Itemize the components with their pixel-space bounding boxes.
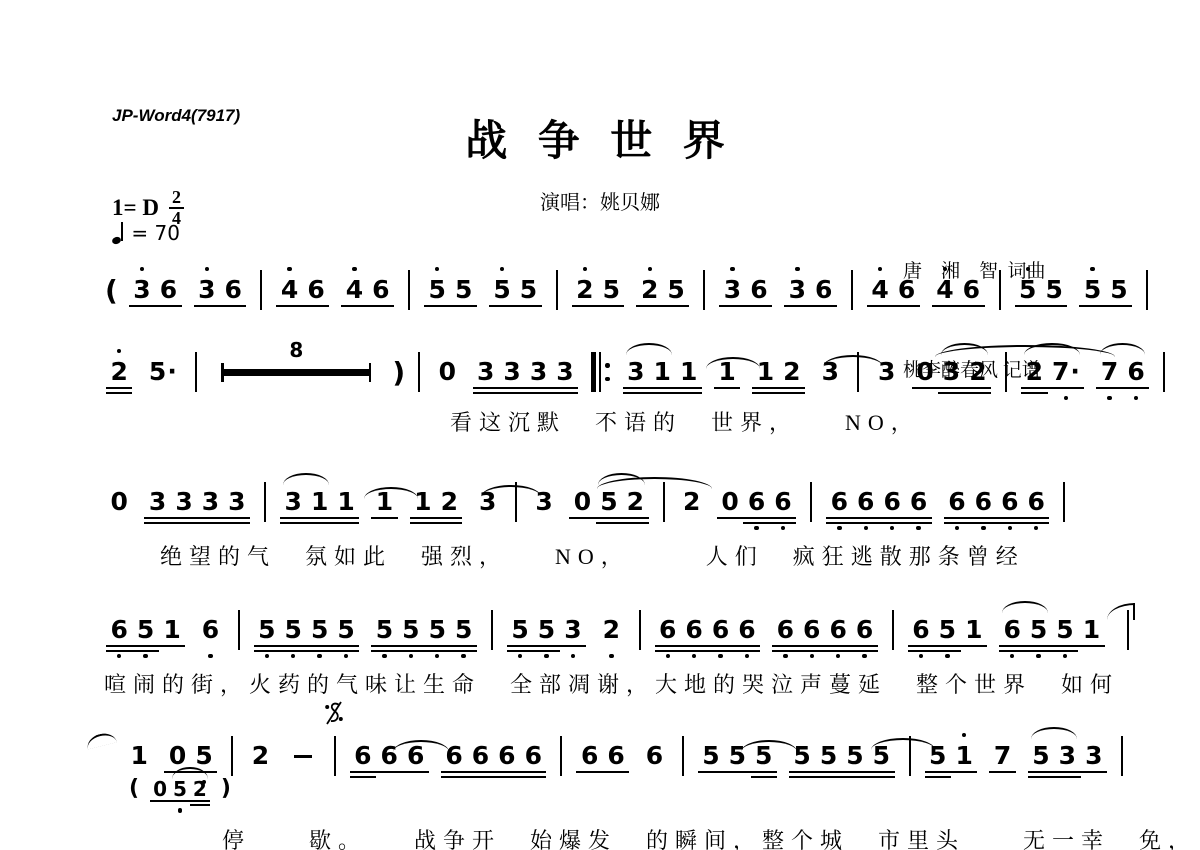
- beam-line: [520, 771, 546, 773]
- beam-line: [1025, 650, 1051, 652]
- barline: [1005, 352, 1007, 392]
- note: 6: [603, 740, 629, 772]
- beam-line: [171, 517, 197, 519]
- note-group: 311: [280, 486, 359, 518]
- beam-line: [779, 387, 805, 389]
- octave-dot-below: [461, 654, 465, 658]
- barline: [408, 270, 410, 310]
- beam-line: [743, 522, 769, 524]
- octave-dot-above: [500, 267, 504, 271]
- beam-line: [934, 645, 960, 647]
- beam-line: [552, 392, 578, 394]
- note-group: 55: [1079, 274, 1132, 306]
- note-value: 5: [820, 741, 837, 770]
- beam-line: [436, 517, 462, 519]
- note: 5: [533, 614, 559, 646]
- octave-dot-below: [143, 654, 147, 658]
- note-value: 6: [774, 487, 791, 516]
- beam-line: [254, 645, 280, 647]
- note: 3: [873, 356, 899, 388]
- beam-line: [965, 387, 991, 389]
- note: 5: [1028, 740, 1054, 772]
- beam-line: [106, 650, 132, 652]
- beam-line: [1015, 305, 1041, 307]
- beam-line: [398, 650, 424, 652]
- note: 1: [752, 356, 778, 388]
- beam-line: [770, 517, 796, 519]
- beam-line: [220, 305, 246, 307]
- note-group: 55: [424, 274, 477, 306]
- note: 1: [951, 740, 977, 772]
- beam-line: [280, 650, 306, 652]
- note-value: 6: [803, 615, 820, 644]
- note: 6: [441, 740, 467, 772]
- note: 1: [410, 486, 436, 518]
- beam-line: [772, 645, 798, 647]
- beam-line: [842, 776, 868, 778]
- beam-line: [751, 776, 777, 778]
- note: 6: [655, 614, 681, 646]
- beam-line: [770, 522, 796, 524]
- note-value: 6: [1001, 487, 1018, 516]
- note: 5: [515, 274, 541, 306]
- beam-line: [129, 305, 155, 307]
- note-value: 5: [929, 741, 946, 770]
- beam-line: [853, 522, 879, 524]
- note-value: 6: [831, 487, 848, 516]
- beam-line: [276, 305, 302, 307]
- beam-line: [450, 650, 476, 652]
- note: 2: [965, 356, 991, 388]
- beam-line: [853, 517, 879, 519]
- note-value: 1: [311, 487, 328, 516]
- note-value: 5: [1056, 615, 1073, 644]
- beam-line: [450, 645, 476, 647]
- note-value: 5: [702, 741, 719, 770]
- note: 3: [784, 274, 810, 306]
- note-group: 46: [276, 274, 329, 306]
- note: 6: [681, 614, 707, 646]
- notes-row: 0333331111233052206666666666: [100, 480, 1105, 524]
- note: 1: [126, 740, 152, 772]
- beam-line: [424, 305, 450, 307]
- note-value: 1: [757, 357, 774, 386]
- beam-line: [734, 645, 760, 647]
- beam-line: [596, 522, 622, 524]
- beam-line: [772, 650, 798, 652]
- note: 6: [970, 486, 996, 518]
- note: 3: [280, 486, 306, 518]
- note-value: 7: [1101, 357, 1118, 386]
- note-value: 5: [1032, 741, 1049, 770]
- beam-line: [333, 517, 359, 519]
- note-value: 3: [202, 487, 219, 516]
- note: 3: [473, 356, 499, 388]
- note-value: 5: [1084, 275, 1101, 304]
- note-value: 4: [871, 275, 888, 304]
- note-group: 25: [572, 274, 625, 306]
- beam-line: [1054, 776, 1080, 778]
- note-value: 2: [627, 487, 644, 516]
- beam-line: [622, 517, 648, 519]
- beam-line: [576, 771, 602, 773]
- note-value: 6: [160, 275, 177, 304]
- octave-dot-above: [962, 733, 966, 737]
- beam-line: [520, 776, 546, 778]
- beam-line: [989, 771, 1015, 773]
- note: 0: [150, 777, 170, 801]
- beam-line: [1041, 305, 1067, 307]
- beam-line: [303, 305, 329, 307]
- note: 4: [932, 274, 958, 306]
- lyrics-line: 喧闹的街，火药的气味让生命 全部凋谢，大地的哭泣声蔓延 整个世界 如何: [100, 668, 1105, 699]
- score-line: 25·8)033333111123303227·76看这沉默 不语的 世界， N…: [100, 350, 1105, 437]
- beam-line: [789, 771, 815, 773]
- octave-dot-below: [754, 526, 758, 530]
- octave-dot-below: [862, 654, 866, 658]
- octave-dot-above: [583, 267, 587, 271]
- multimeasure-rest-bar: [221, 369, 371, 376]
- note-value: 5: [793, 741, 810, 770]
- note-group: 76: [1096, 356, 1149, 388]
- tie-arc: [1107, 603, 1135, 620]
- barline: [560, 736, 562, 776]
- octave-dot-above: [287, 267, 291, 271]
- note: 5: [1025, 614, 1051, 646]
- note: 3: [1054, 740, 1080, 772]
- barline: [556, 270, 558, 310]
- beam-line: [1048, 387, 1085, 389]
- note-group: 46: [867, 274, 920, 306]
- beam-line: [649, 387, 675, 389]
- beam-line: [751, 771, 777, 773]
- note-value: 2: [641, 275, 658, 304]
- octave-dot-above: [205, 267, 209, 271]
- note: 1: [333, 486, 359, 518]
- barline: [238, 610, 240, 650]
- beam-line: [424, 650, 450, 652]
- note-value: 2: [441, 487, 458, 516]
- note: 3: [623, 356, 649, 388]
- beam-line: [1023, 517, 1049, 519]
- note-value: 2: [603, 615, 620, 644]
- lyrics-line: 看这沉默 不语的 世界， NO，: [100, 406, 1105, 437]
- beam-line: [603, 771, 629, 773]
- octave-dot-below: [382, 654, 386, 658]
- beam-line: [717, 517, 743, 519]
- note-value: 5: [1045, 275, 1062, 304]
- note-group: 066: [717, 486, 796, 518]
- beam-line: [1106, 305, 1132, 307]
- beam-line: [815, 776, 841, 778]
- note-value: 5: [603, 275, 620, 304]
- beam-line: [698, 771, 724, 773]
- lyrics-line: 停 歇。 战争开 始爆发 的瞬间，整个城 市里头 无一幸 免，: [100, 824, 1105, 850]
- note: 0: [912, 356, 938, 388]
- barline: [491, 610, 493, 650]
- beam-line: [306, 522, 332, 524]
- beam-line: [224, 522, 250, 524]
- note-group: 46: [932, 274, 985, 306]
- note-value: 5: [337, 615, 354, 644]
- note: 5: [1106, 274, 1132, 306]
- barline: [334, 736, 336, 776]
- beam-line: [159, 645, 185, 647]
- beam-line: [675, 387, 701, 389]
- note: 5: [424, 274, 450, 306]
- note-value: 0: [916, 357, 933, 386]
- note-value: 6: [1127, 357, 1144, 386]
- note-value: 3: [198, 275, 215, 304]
- note-value: 6: [607, 741, 624, 770]
- beam-line: [144, 517, 170, 519]
- beam-line: [552, 387, 578, 389]
- note: 1: [675, 356, 701, 388]
- beam-line: [970, 517, 996, 519]
- parenthesis: (: [105, 274, 118, 307]
- beam-line: [306, 517, 332, 519]
- note: 0: [106, 486, 132, 518]
- slur-arc: [626, 343, 672, 355]
- beam-line: [144, 522, 170, 524]
- beam-line: [402, 771, 428, 773]
- note-value: 3: [943, 357, 960, 386]
- parenthesis: ): [221, 776, 231, 801]
- note-group: 25: [636, 274, 689, 306]
- note: 5: [489, 274, 515, 306]
- octave-dot-below: [544, 654, 548, 658]
- note: 2: [679, 486, 705, 518]
- beam-line: [1052, 645, 1078, 647]
- barline: [892, 610, 894, 650]
- note-group: 032: [912, 356, 991, 388]
- beam-line: [622, 522, 648, 524]
- beam-line: [410, 517, 436, 519]
- beam-line: [410, 522, 436, 524]
- note-value: 6: [659, 615, 676, 644]
- beam-line: [197, 522, 223, 524]
- beam-line: [825, 645, 851, 647]
- note-value: 6: [898, 275, 915, 304]
- note-value: 3: [789, 275, 806, 304]
- score-line: 6516555555555532666666666516551喧闹的街，火药的气…: [100, 608, 1105, 699]
- note: 5: [254, 614, 280, 646]
- note: 1: [306, 486, 332, 518]
- note: 1: [961, 614, 987, 646]
- note: 2: [436, 486, 462, 518]
- note-group: 5·: [144, 356, 181, 388]
- beam-line: [938, 387, 964, 389]
- note-value: 6: [202, 615, 219, 644]
- note: 6: [576, 740, 602, 772]
- note: 4: [276, 274, 302, 306]
- beam-line: [106, 392, 132, 394]
- note-group: 5555: [371, 614, 477, 646]
- octave-dot-below: [178, 808, 182, 812]
- note: 3: [552, 356, 578, 388]
- note: 3: [531, 486, 557, 518]
- note: 6: [220, 274, 246, 306]
- note: 6: [707, 614, 733, 646]
- beam-line: [784, 305, 810, 307]
- note-value: 0: [153, 777, 167, 801]
- beam-line: [106, 645, 132, 647]
- octave-dot-below: [1063, 654, 1067, 658]
- note-group: 55: [1015, 274, 1068, 306]
- beam-line: [681, 650, 707, 652]
- note-value: 2: [969, 357, 986, 386]
- beam-line: [719, 305, 745, 307]
- note-value: 1: [1083, 615, 1100, 644]
- note: 6: [811, 274, 837, 306]
- note-group: 66: [576, 740, 629, 772]
- beam-line: [467, 776, 493, 778]
- beam-line: [441, 776, 467, 778]
- note-value: 5: [455, 275, 472, 304]
- beam-line: [675, 392, 701, 394]
- beam-line: [1079, 305, 1105, 307]
- note: 6: [997, 486, 1023, 518]
- score-line: 0333331111233052206666666666绝望的气 氛如此 强烈，…: [100, 480, 1105, 571]
- note: 6: [770, 486, 796, 518]
- note: 6: [350, 740, 376, 772]
- note: 6: [826, 486, 852, 518]
- octave-dot-below: [955, 526, 959, 530]
- note-value: 5: [1019, 275, 1036, 304]
- note-group: 7: [989, 740, 1015, 772]
- note-value: 1: [955, 741, 972, 770]
- note-value: 6: [354, 741, 371, 770]
- note-value: 3: [556, 357, 573, 386]
- barline: [195, 352, 197, 392]
- note-value: 5: [520, 275, 537, 304]
- beam-line: [799, 650, 825, 652]
- note: 5: [842, 740, 868, 772]
- note-group: 3: [873, 356, 899, 388]
- beam-line: [1054, 771, 1080, 773]
- beam-line: [734, 650, 760, 652]
- note-group: 6: [197, 614, 223, 646]
- barline: [260, 270, 262, 310]
- note-group: 36: [129, 274, 182, 306]
- note-value: 5: [137, 615, 154, 644]
- note-value: 1: [654, 357, 671, 386]
- octave-dot-above: [795, 267, 799, 271]
- beam-line: [868, 771, 894, 773]
- octave-dot-below: [1134, 396, 1138, 400]
- note-group: 5555: [254, 614, 360, 646]
- note-value: 6: [712, 615, 729, 644]
- octave-dot-below: [117, 654, 121, 658]
- beam-line: [494, 771, 520, 773]
- note-value: 6: [581, 741, 598, 770]
- notes-row: (3636464655552525363646465555: [100, 268, 1105, 312]
- beam-line: [779, 392, 805, 394]
- beam-line: [489, 305, 515, 307]
- note-value: 4: [281, 275, 298, 304]
- note: 4: [341, 274, 367, 306]
- beam-line: [494, 776, 520, 778]
- beam-line: [743, 517, 769, 519]
- note: 3: [129, 274, 155, 306]
- octave-dot-below: [1107, 396, 1111, 400]
- beam-line: [333, 650, 359, 652]
- note-value: 3: [1085, 741, 1102, 770]
- note: 0: [717, 486, 743, 518]
- note: 3: [194, 274, 220, 306]
- beam-line: [515, 305, 541, 307]
- octave-dot-above: [1026, 267, 1030, 271]
- beam-line: [714, 387, 740, 389]
- beam-line: [1028, 776, 1054, 778]
- beam-line: [350, 776, 376, 778]
- note-value: 4: [346, 275, 363, 304]
- beam-line: [1023, 522, 1049, 524]
- beam-line: [596, 517, 622, 519]
- note: 6: [467, 740, 493, 772]
- beam-line: [997, 517, 1023, 519]
- note-value: 6: [777, 615, 794, 644]
- note-value: 6: [856, 615, 873, 644]
- beam-line: [851, 650, 877, 652]
- octave-dot-below: [945, 654, 949, 658]
- beam-line: [799, 645, 825, 647]
- note-value: 1: [680, 357, 697, 386]
- note-value: 6: [948, 487, 965, 516]
- note-value: 3: [530, 357, 547, 386]
- note: 5: [598, 274, 624, 306]
- beam-line: [473, 387, 499, 389]
- beam-line: [499, 387, 525, 389]
- note-value: 3: [878, 357, 895, 386]
- beam-line: [912, 387, 938, 389]
- octave-dot-below: [718, 654, 722, 658]
- octave-dot-below: [890, 526, 894, 530]
- note: 7: [1096, 356, 1122, 388]
- beam-line: [569, 517, 595, 519]
- beam-line: [925, 771, 951, 773]
- beam-line: [371, 645, 397, 647]
- note: 5: [1015, 274, 1041, 306]
- multimeasure-rest-count: 8: [221, 338, 371, 362]
- note-group: 55: [489, 274, 542, 306]
- note: 1: [649, 356, 675, 388]
- beam-line: [306, 650, 332, 652]
- note-value: 2: [111, 357, 128, 386]
- beam-line: [944, 522, 970, 524]
- beam-line: [1021, 387, 1047, 389]
- barline: [231, 736, 233, 776]
- beam-line: [1052, 650, 1078, 652]
- beam-line: [623, 392, 649, 394]
- note: 3: [525, 356, 551, 388]
- note-group: 2: [679, 486, 705, 518]
- note-value: 3: [535, 487, 552, 516]
- octave-dot-below: [265, 654, 269, 658]
- note: 6: [825, 614, 851, 646]
- note-value: 3: [564, 615, 581, 644]
- note: 6: [641, 740, 667, 772]
- note: 5: [1041, 274, 1067, 306]
- beam-line: [938, 392, 964, 394]
- note-group: 6: [641, 740, 667, 772]
- note-value: 3: [503, 357, 520, 386]
- note-value: 6: [883, 487, 900, 516]
- note: 6: [743, 486, 769, 518]
- beam-line: [746, 305, 772, 307]
- note: 6: [893, 274, 919, 306]
- octave-dot-below: [1036, 654, 1040, 658]
